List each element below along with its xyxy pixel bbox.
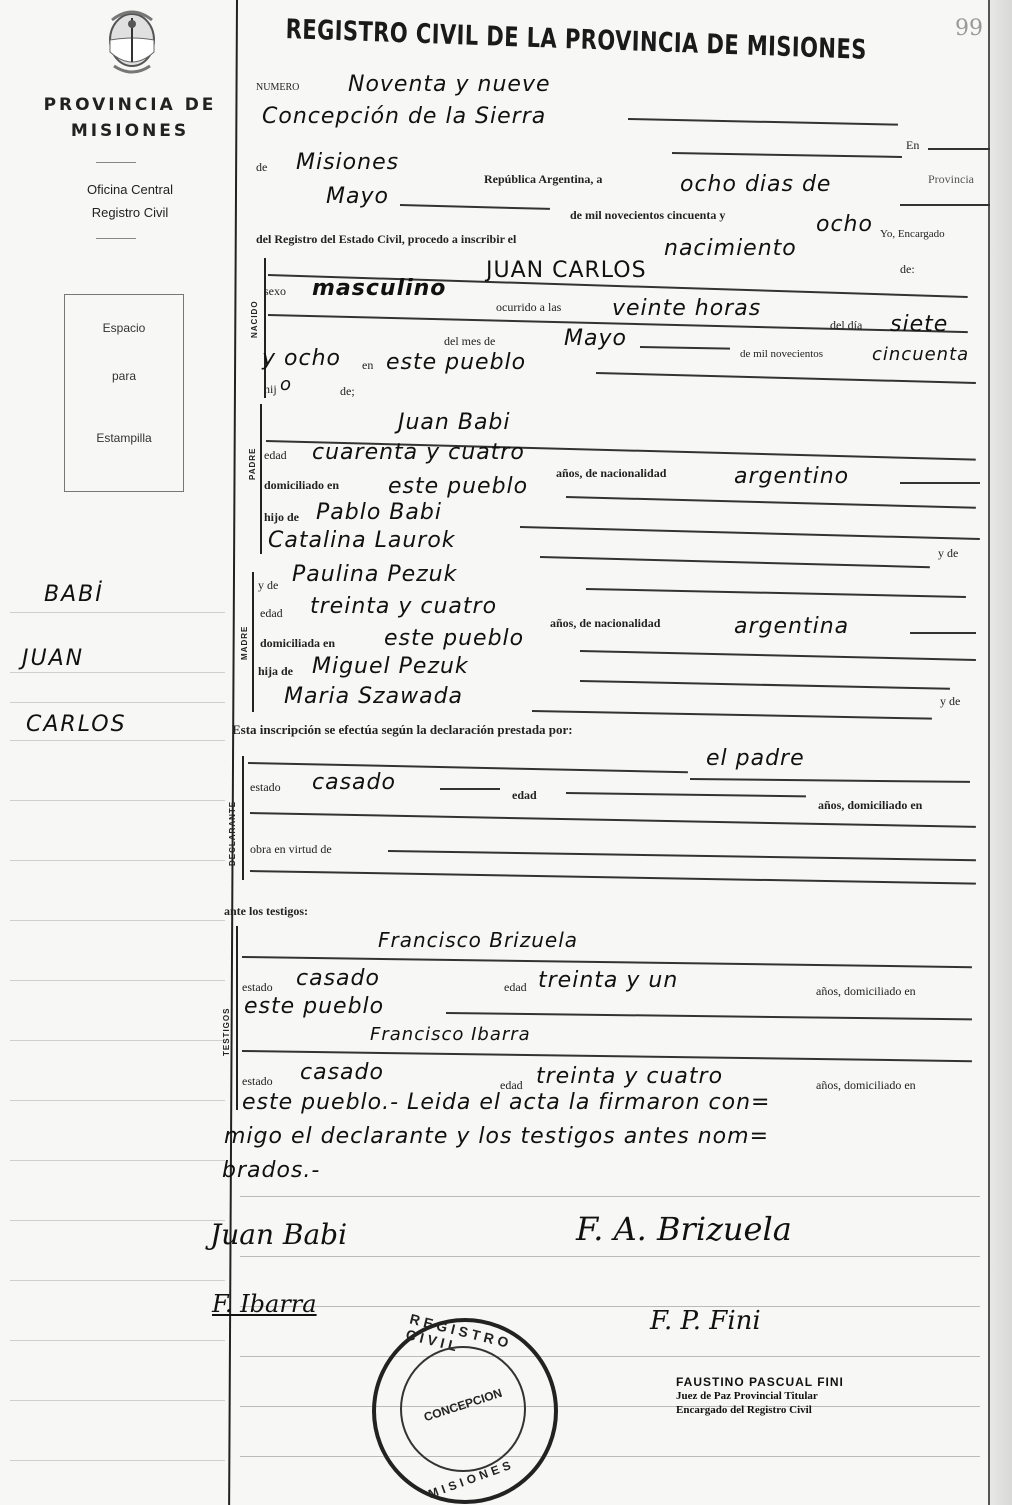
ledger-line bbox=[10, 920, 225, 921]
ledger-line bbox=[240, 1196, 980, 1197]
declarante-estado-value: casado bbox=[312, 770, 396, 795]
testigos-bracket bbox=[236, 926, 238, 1110]
place-value: Concepción de la Sierra bbox=[262, 104, 546, 129]
testigos-intro: ante los testigos: bbox=[224, 904, 308, 919]
declarante-name: el padre bbox=[706, 746, 805, 771]
ledger-line bbox=[10, 740, 225, 741]
left-margin-panel: PROVINCIA DE MISIONES Oficina Central Re… bbox=[0, 0, 232, 1505]
registro-label: del Registro del Estado Civil, procedo a… bbox=[256, 232, 516, 247]
ledger-line bbox=[10, 702, 225, 703]
edad-label: edad bbox=[260, 606, 283, 621]
birthplace-value: este pueblo bbox=[386, 350, 526, 375]
fill-line bbox=[596, 372, 976, 383]
father-nationality-value: argentino bbox=[734, 464, 849, 489]
padre-section-label: PADRE bbox=[248, 448, 257, 480]
ledger-line bbox=[10, 612, 225, 613]
page-number: 99 bbox=[955, 16, 983, 41]
witness2-signature: F. Ibarra bbox=[212, 1290, 317, 1318]
madre-section-label: MADRE bbox=[240, 626, 249, 660]
fill-line bbox=[440, 788, 500, 790]
fill-line bbox=[672, 152, 902, 158]
fill-line bbox=[566, 792, 806, 797]
month-value: Mayo bbox=[326, 184, 389, 209]
witness1-estado-value: casado bbox=[296, 966, 380, 991]
mother-nationality-value: argentina bbox=[734, 614, 849, 639]
witness1-name: Francisco Brizuela bbox=[378, 928, 578, 952]
fill-line bbox=[446, 1012, 972, 1020]
province-title: PROVINCIA DE MISIONES bbox=[30, 92, 230, 144]
hora-value: veinte horas bbox=[612, 296, 761, 321]
de-label: de: bbox=[900, 262, 915, 277]
de-label: de; bbox=[340, 384, 355, 399]
office-name: Oficina Central Registro Civil bbox=[40, 178, 220, 224]
year-value: cincuenta bbox=[872, 344, 969, 365]
divider bbox=[96, 162, 136, 163]
stamp-box-line1: Espacio bbox=[65, 321, 183, 335]
edad-label: edad bbox=[512, 788, 537, 803]
mother-name: Paulina Pezuk bbox=[292, 562, 457, 587]
anos-domicilio-label: años, domiciliado en bbox=[816, 984, 916, 999]
paternal-grandfather-value: Pablo Babi bbox=[316, 500, 442, 525]
hijo-de-label: hijo de bbox=[264, 510, 299, 525]
province-title-line2: MISIONES bbox=[30, 118, 230, 144]
ledger-line bbox=[10, 672, 225, 673]
ledger-line bbox=[240, 1306, 980, 1307]
stamp-space-box: Espacio para Estampilla bbox=[64, 294, 184, 492]
inscription-type-value: nacimiento bbox=[664, 236, 797, 261]
fill-line bbox=[900, 204, 990, 206]
father-address-value: este pueblo bbox=[388, 474, 528, 499]
ledger-line bbox=[10, 1400, 225, 1401]
fill-line bbox=[400, 204, 550, 209]
edad-label: edad bbox=[504, 980, 527, 995]
margin-surname: BABİ bbox=[44, 582, 104, 607]
nacido-bracket bbox=[264, 258, 266, 398]
father-name: Juan Babi bbox=[398, 410, 511, 435]
numero-label: NUMERO bbox=[256, 82, 299, 93]
anos-nacionalidad-label: años, de nacionalidad bbox=[550, 616, 660, 631]
mes-value: Mayo bbox=[564, 326, 627, 351]
ledger-line bbox=[10, 1460, 225, 1461]
declarante-signature: Juan Babi bbox=[210, 1218, 347, 1251]
fill-line bbox=[580, 680, 950, 689]
maternal-grandfather-value: Miguel Pezuk bbox=[312, 654, 469, 679]
ledger-line bbox=[240, 1256, 980, 1257]
closing-line2: migo el declarante y los testigos antes … bbox=[224, 1124, 769, 1149]
province-value: Misiones bbox=[296, 150, 399, 175]
declarante-bracket bbox=[242, 756, 244, 880]
province-title-line1: PROVINCIA DE bbox=[30, 92, 230, 118]
fill-line bbox=[520, 526, 980, 540]
registry-seal: REGISTRO CIVIL CONCEPCION MISIONES bbox=[372, 1318, 558, 1504]
sexo-value: masculino bbox=[312, 276, 446, 301]
fill-line bbox=[250, 870, 976, 884]
en-label: En bbox=[906, 138, 919, 153]
dia-value: siete bbox=[890, 312, 948, 337]
official-block: FAUSTINO PASCUAL FINI Juez de Paz Provin… bbox=[676, 1375, 896, 1417]
child-name: JUAN CARLOS bbox=[486, 258, 647, 283]
office-line1: Oficina Central bbox=[40, 178, 220, 201]
stamp-box-line2: para bbox=[65, 369, 183, 383]
argentine-coat-of-arms-icon bbox=[104, 0, 160, 78]
dia-label: del día bbox=[830, 318, 862, 333]
year-value: ocho bbox=[816, 212, 873, 237]
estado-label: estado bbox=[242, 1074, 273, 1089]
republica-label: República Argentina, a bbox=[484, 172, 602, 187]
de-label: de bbox=[256, 160, 267, 175]
fill-line bbox=[532, 710, 932, 719]
estado-label: estado bbox=[250, 780, 281, 795]
fill-line bbox=[690, 778, 970, 782]
seal-inner-ring: CONCEPCION bbox=[400, 1346, 526, 1472]
official-name: FAUSTINO PASCUAL FINI bbox=[676, 1375, 896, 1389]
ledger-line bbox=[10, 1100, 225, 1101]
ledger-line bbox=[10, 1340, 225, 1341]
anos-nacionalidad-label: años, de nacionalidad bbox=[556, 466, 666, 481]
ledger-line bbox=[10, 860, 225, 861]
ledger-line bbox=[10, 1040, 225, 1041]
obra-label: obra en virtud de bbox=[250, 842, 332, 857]
ledger-line bbox=[240, 1356, 980, 1357]
office-line2: Registro Civil bbox=[40, 201, 220, 224]
witness2-name: Francisco Ibarra bbox=[370, 1024, 531, 1045]
fill-line bbox=[388, 850, 976, 861]
fill-line bbox=[580, 650, 976, 660]
divider bbox=[96, 238, 136, 239]
estado-label: estado bbox=[242, 980, 273, 995]
padre-bracket bbox=[260, 404, 262, 554]
mother-address-value: este pueblo bbox=[384, 626, 524, 651]
domicilio-label: domiciliada en bbox=[260, 636, 335, 651]
y-de-label: y de bbox=[940, 694, 960, 709]
fill-line bbox=[566, 496, 976, 508]
ledger-line bbox=[10, 1160, 225, 1161]
fill-line bbox=[250, 812, 976, 827]
hijo-label: hij bbox=[264, 382, 277, 397]
numero-value: Noventa y nueve bbox=[348, 72, 551, 97]
declarante-section-label: DECLARANTE bbox=[228, 801, 237, 866]
witness2-estado-value: casado bbox=[300, 1060, 384, 1085]
encargado-label: Yo, Encargado bbox=[880, 228, 945, 240]
ocurrido-label: ocurrido a las bbox=[496, 300, 561, 315]
fill-line bbox=[540, 556, 930, 568]
fill-line bbox=[586, 588, 966, 597]
fill-line bbox=[900, 482, 980, 484]
father-age-value: cuarenta y cuatro bbox=[312, 440, 525, 465]
fill-line bbox=[640, 346, 730, 349]
closing-line3: brados.- bbox=[222, 1158, 320, 1183]
seal-center-text: CONCEPCION bbox=[403, 1379, 523, 1430]
fill-line bbox=[928, 148, 990, 150]
day-value: ocho dias de bbox=[680, 172, 831, 197]
stamp-box-line3: Estampilla bbox=[65, 431, 183, 445]
maternal-grandmother-value: Maria Szawada bbox=[284, 684, 463, 709]
paternal-grandmother-value: Catalina Laurok bbox=[268, 528, 456, 553]
madre-bracket bbox=[252, 572, 254, 712]
birth-certificate-page: PROVINCIA DE MISIONES Oficina Central Re… bbox=[0, 0, 1012, 1505]
nacido-section-label: NACIDO bbox=[250, 300, 259, 338]
fill-line bbox=[910, 632, 976, 634]
y-de-label: y de bbox=[258, 578, 278, 593]
witness2-edad-value: treinta y cuatro bbox=[536, 1064, 723, 1089]
provincia-label: Provincia bbox=[928, 172, 974, 187]
official-role1: Juez de Paz Provincial Titular bbox=[676, 1389, 896, 1403]
sexo-label: sexo bbox=[264, 284, 286, 299]
y-de-label: y de bbox=[938, 546, 958, 561]
ledger-line bbox=[240, 1456, 980, 1457]
book-spine-edge bbox=[988, 0, 1012, 1505]
edad-label: edad bbox=[264, 448, 287, 463]
ledger-line bbox=[10, 800, 225, 801]
declarante-intro: Esta inscripción se efectúa según la dec… bbox=[232, 722, 573, 738]
anos-domicilio-label: años, domiciliado en bbox=[816, 1078, 916, 1093]
mes-label: del mes de bbox=[444, 334, 495, 349]
margin-first-name: JUAN bbox=[22, 646, 84, 671]
ledger-line bbox=[10, 1220, 225, 1221]
testigos-section-label: TESTIGOS bbox=[222, 1008, 231, 1056]
year-label: de mil novecientos bbox=[740, 348, 823, 360]
ledger-line bbox=[10, 1280, 225, 1281]
official-role2: Encargado del Registro Civil bbox=[676, 1403, 896, 1417]
year-value-continued: y ocho bbox=[262, 346, 341, 371]
en-label: en bbox=[362, 358, 373, 373]
fill-line bbox=[628, 118, 898, 125]
margin-second-name: CARLOS bbox=[26, 712, 127, 737]
mother-age-value: treinta y cuatro bbox=[310, 594, 497, 619]
closing-line1: este pueblo.- Leida el acta la firmaron … bbox=[242, 1090, 771, 1115]
hija-de-label: hija de bbox=[258, 664, 293, 679]
official-signature: F. P. Fini bbox=[650, 1306, 761, 1336]
main-title: REGISTRO CIVIL DE LA PROVINCIA DE MISION… bbox=[285, 14, 867, 66]
anos-domicilio-label: años, domiciliado en bbox=[818, 798, 922, 813]
witness1-address-value: este pueblo bbox=[244, 994, 384, 1019]
hijo-suffix: o bbox=[280, 374, 292, 395]
domicilio-label: domiciliado en bbox=[264, 478, 339, 493]
witness1-signature: F. A. Brizuela bbox=[576, 1210, 792, 1248]
ledger-line bbox=[10, 980, 225, 981]
witness1-edad-value: treinta y un bbox=[538, 968, 678, 993]
year-label: de mil novecientos cincuenta y bbox=[570, 208, 725, 223]
